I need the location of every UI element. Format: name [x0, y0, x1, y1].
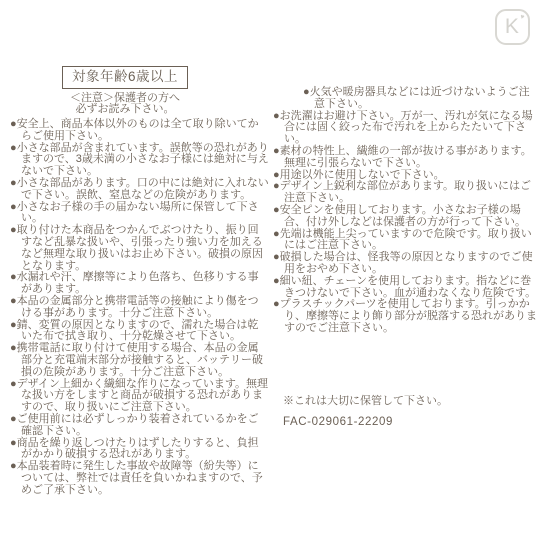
caution-item: ●小さな部品が含まれています。誤飲等の恐れがありますので、3歳未満の小さなお子様… [10, 143, 269, 178]
caution-item: ●錆、変質の原因となりますので、濡れた場合は乾いた布で拭き取り、十分乾燥させて下… [10, 320, 269, 344]
brand-logo: K ♥ [495, 9, 530, 45]
caution-item: ●素材の特性上、繊維の一部が抜ける事があります。無理に引張らないで下さい。 [273, 146, 538, 170]
keep-note: ※これは大切に保管して下さい。 [283, 392, 448, 408]
caution-item: ●破損した場合は、怪我等の原因となりますのでご使用をおやめ下さい。 [273, 252, 538, 276]
heart-icon: ♥ [519, 14, 525, 22]
product-code: FAC-029061-22209 [283, 416, 393, 428]
logo-letter-k: K [505, 16, 519, 37]
age-restriction-box: 対象年齢6歳以上 [62, 66, 188, 89]
caution-item: ●安全ピンを使用しております。小さなお子様の場合、付け外しなどは保護者の方が行っ… [273, 205, 538, 229]
caution-item: ●取り付けた本商品をつかんでぶつけたり、振り回すなど乱暴な扱いや、引張ったり強い… [10, 225, 269, 272]
caution-sheet: K ♥ 対象年齢6歳以上 ＜注意＞保護者の方へ 必ずお読み下さい。 ●安全上、商… [0, 0, 540, 540]
caution-list-left: ●安全上、商品本体以外のものは全て取り除いてからご使用下さい。●小さな部品が含ま… [10, 119, 269, 497]
caution-item: ●先端は機能上尖っていますので危険です。取り扱いにはご注意下さい。 [273, 229, 538, 253]
caution-item: ●火気や暖房器具などには近づけないようご注意下さい。 [273, 87, 538, 111]
caution-item: ●本品の金属部分と携帯電話等の接触により傷をつける事があります。十分ご注意下さい… [10, 296, 269, 320]
caution-item: ●デザイン上鋭利な部位があります。取り扱いにはご注意下さい。 [273, 181, 538, 205]
caution-item: ●本品装着時に発生した事故や故障等（紛失等）については、弊社では責任を負いかねま… [10, 461, 269, 496]
caution-item: ●小さな部品があります。口の中には絶対に入れないで下さい。誤飲、窒息などの危険が… [10, 178, 269, 202]
caution-item: ●安全上、商品本体以外のものは全て取り除いてからご使用下さい。 [10, 119, 269, 143]
guardian-notice-line2: 必ずお読み下さい。 [0, 104, 250, 116]
caution-item: ●お洗濯はお避け下さい。万が一、汚れが気になる場合には固く絞った布で汚れを上から… [273, 111, 538, 146]
caution-item: ●商品を繰り返しつけたりはずしたりすると、負担がかかり破損する恐れがあります。 [10, 438, 269, 462]
caution-item: ●携帯電話に取り付けて使用する場合、本品の金属部分と充電端末部分が接触すると、バ… [10, 343, 269, 378]
caution-item: ●プラスチックパーツを使用しております。引っかかり、摩擦等により飾り部分が脱落す… [273, 299, 538, 334]
caution-item: ●細い紐、チェーンを使用しております。指などに巻きつけないで下さい。血が通わなく… [273, 276, 538, 300]
caution-item: ●デザイン上細かく繊細な作りになっています。無理な扱い方をしますと商品が破損する… [10, 379, 269, 414]
caution-item: ●小さなお子様の手の届かない場所に保管して下さい。 [10, 202, 269, 226]
caution-item: ●水漏れや汗、摩擦等により色落ち、色移りする事があります。 [10, 272, 269, 296]
header: 対象年齢6歳以上 ＜注意＞保護者の方へ 必ずお読み下さい。 [0, 66, 250, 116]
caution-item: ●ご使用前には必ずしっかり装着されているかをご確認下さい。 [10, 414, 269, 438]
caution-list-right: ●火気や暖房器具などには近づけないようご注意下さい。●お洗濯はお避け下さい。万が… [273, 87, 538, 335]
